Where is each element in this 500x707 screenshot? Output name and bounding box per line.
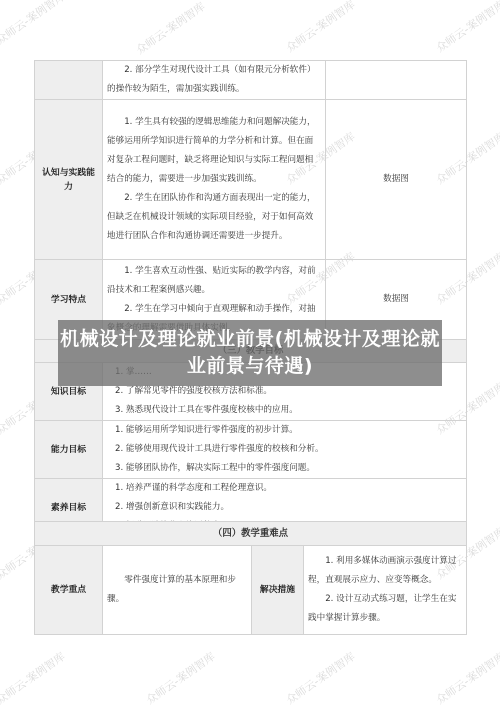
table-row: 能力目标 1. 能够运用所学知识进行零件强度的初步计算。 2. 能够使用现代设计… xyxy=(35,421,467,479)
row-label: 教学重点 xyxy=(35,546,103,635)
content-item: 3. 能够团队协作，解决实际工程中的零件强度问题。 xyxy=(115,459,462,478)
content-item: 1. 能够运用所学知识进行零件强度的初步计算。 xyxy=(115,421,462,440)
title-overlay-banner: 机械设计及理论就业前景(机械设计及理论就业前景与待遇) xyxy=(58,320,442,386)
watermark: 众师云-案例智库 xyxy=(433,648,500,707)
watermark: 众师云-案例智库 xyxy=(283,648,359,707)
row-label xyxy=(35,61,103,100)
content-item: 1. 学生喜欢互动性强、贴近实际的教学内容，对前沿技术和工程案例感兴趣。 xyxy=(107,262,321,300)
table-row: 认知与实践能力 1. 学生具有较强的逻辑思维能力和问题解决能力，能够运用所学知识… xyxy=(35,100,467,260)
watermark: 众师云-案例智库 xyxy=(0,0,68,48)
student-analysis-table: 2. 部分学生对现代设计工具（如有限元分析软件）的操作较为陌生，需加强实践训练。… xyxy=(34,60,467,340)
watermark: 众师云-案例智库 xyxy=(433,0,500,56)
content-item: 2. 增强创新意识和实践能力。 xyxy=(115,498,462,517)
measure-content: 1. 利用多媒体动画演示强度计算过程，直观展示应力、应变等概念。 2. 设计互动… xyxy=(304,546,467,635)
content-item: 2. 设计互动式练习题，让学生在实践中掌握计算步骤。 xyxy=(308,590,462,628)
content-item: 2. 部分学生对现代设计工具（如有限元分析软件）的操作较为陌生，需加强实践训练。 xyxy=(107,61,321,99)
watermark: 众师云-案例智库 xyxy=(0,648,68,707)
content-item: 3. 熟悉现代设计工具在零件强度校核中的应用。 xyxy=(115,401,462,420)
row-content: 1. 能够运用所学知识进行零件强度的初步计算。 2. 能够使用现代设计工具进行零… xyxy=(103,421,467,479)
watermark: 众师云-案例智库 xyxy=(143,648,219,707)
watermark: 众师云-案例智库 xyxy=(133,0,209,58)
row-content: 2. 部分学生对现代设计工具（如有限元分析软件）的操作较为陌生，需加强实践训练。 xyxy=(103,61,326,100)
row-content: 1. 学生具有较强的逻辑思维能力和问题解决能力，能够运用所学知识进行简单的力学分… xyxy=(103,100,326,260)
chart-cell xyxy=(326,61,467,100)
content-item: 1. 利用多媒体动画演示强度计算过程，直观展示应力、应变等概念。 xyxy=(308,552,462,590)
row-label: 能力目标 xyxy=(35,421,103,479)
row-label: 认知与实践能力 xyxy=(35,100,103,260)
content-item: 2. 能够使用现代设计工具进行零件强度的校核和分析。 xyxy=(115,440,462,459)
table-row: 2. 部分学生对现代设计工具（如有限元分析软件）的操作较为陌生，需加强实践训练。 xyxy=(35,61,467,100)
chart-cell: 数据图 xyxy=(326,100,467,260)
content-item: 2. 学生在团队协作和沟通方面表现出一定的能力，但缺乏在机械设计领域的实际项目经… xyxy=(107,189,321,246)
content-item: 零件强度计算的基本原理和步骤。 xyxy=(107,571,247,609)
content-item: 1. 培养严谨的科学态度和工程伦理意识。 xyxy=(115,479,462,498)
section-header-row: （四）教学重难点 xyxy=(35,522,467,546)
table-row: 教学重点 零件强度计算的基本原理和步骤。 解决措施 1. 利用多媒体动画演示强度… xyxy=(35,546,467,635)
section-title: （四）教学重难点 xyxy=(35,522,467,546)
teaching-keypoints-table: （四）教学重难点 教学重点 零件强度计算的基本原理和步骤。 解决措施 1. 利用… xyxy=(34,521,467,635)
watermark: 众师云-案例智库 xyxy=(283,0,359,56)
measure-label: 解决措施 xyxy=(252,546,304,635)
row-content: 零件强度计算的基本原理和步骤。 xyxy=(103,546,252,635)
content-item: 1. 学生具有较强的逻辑思维能力和问题解决能力，能够运用所学知识进行简单的力学分… xyxy=(107,113,321,189)
